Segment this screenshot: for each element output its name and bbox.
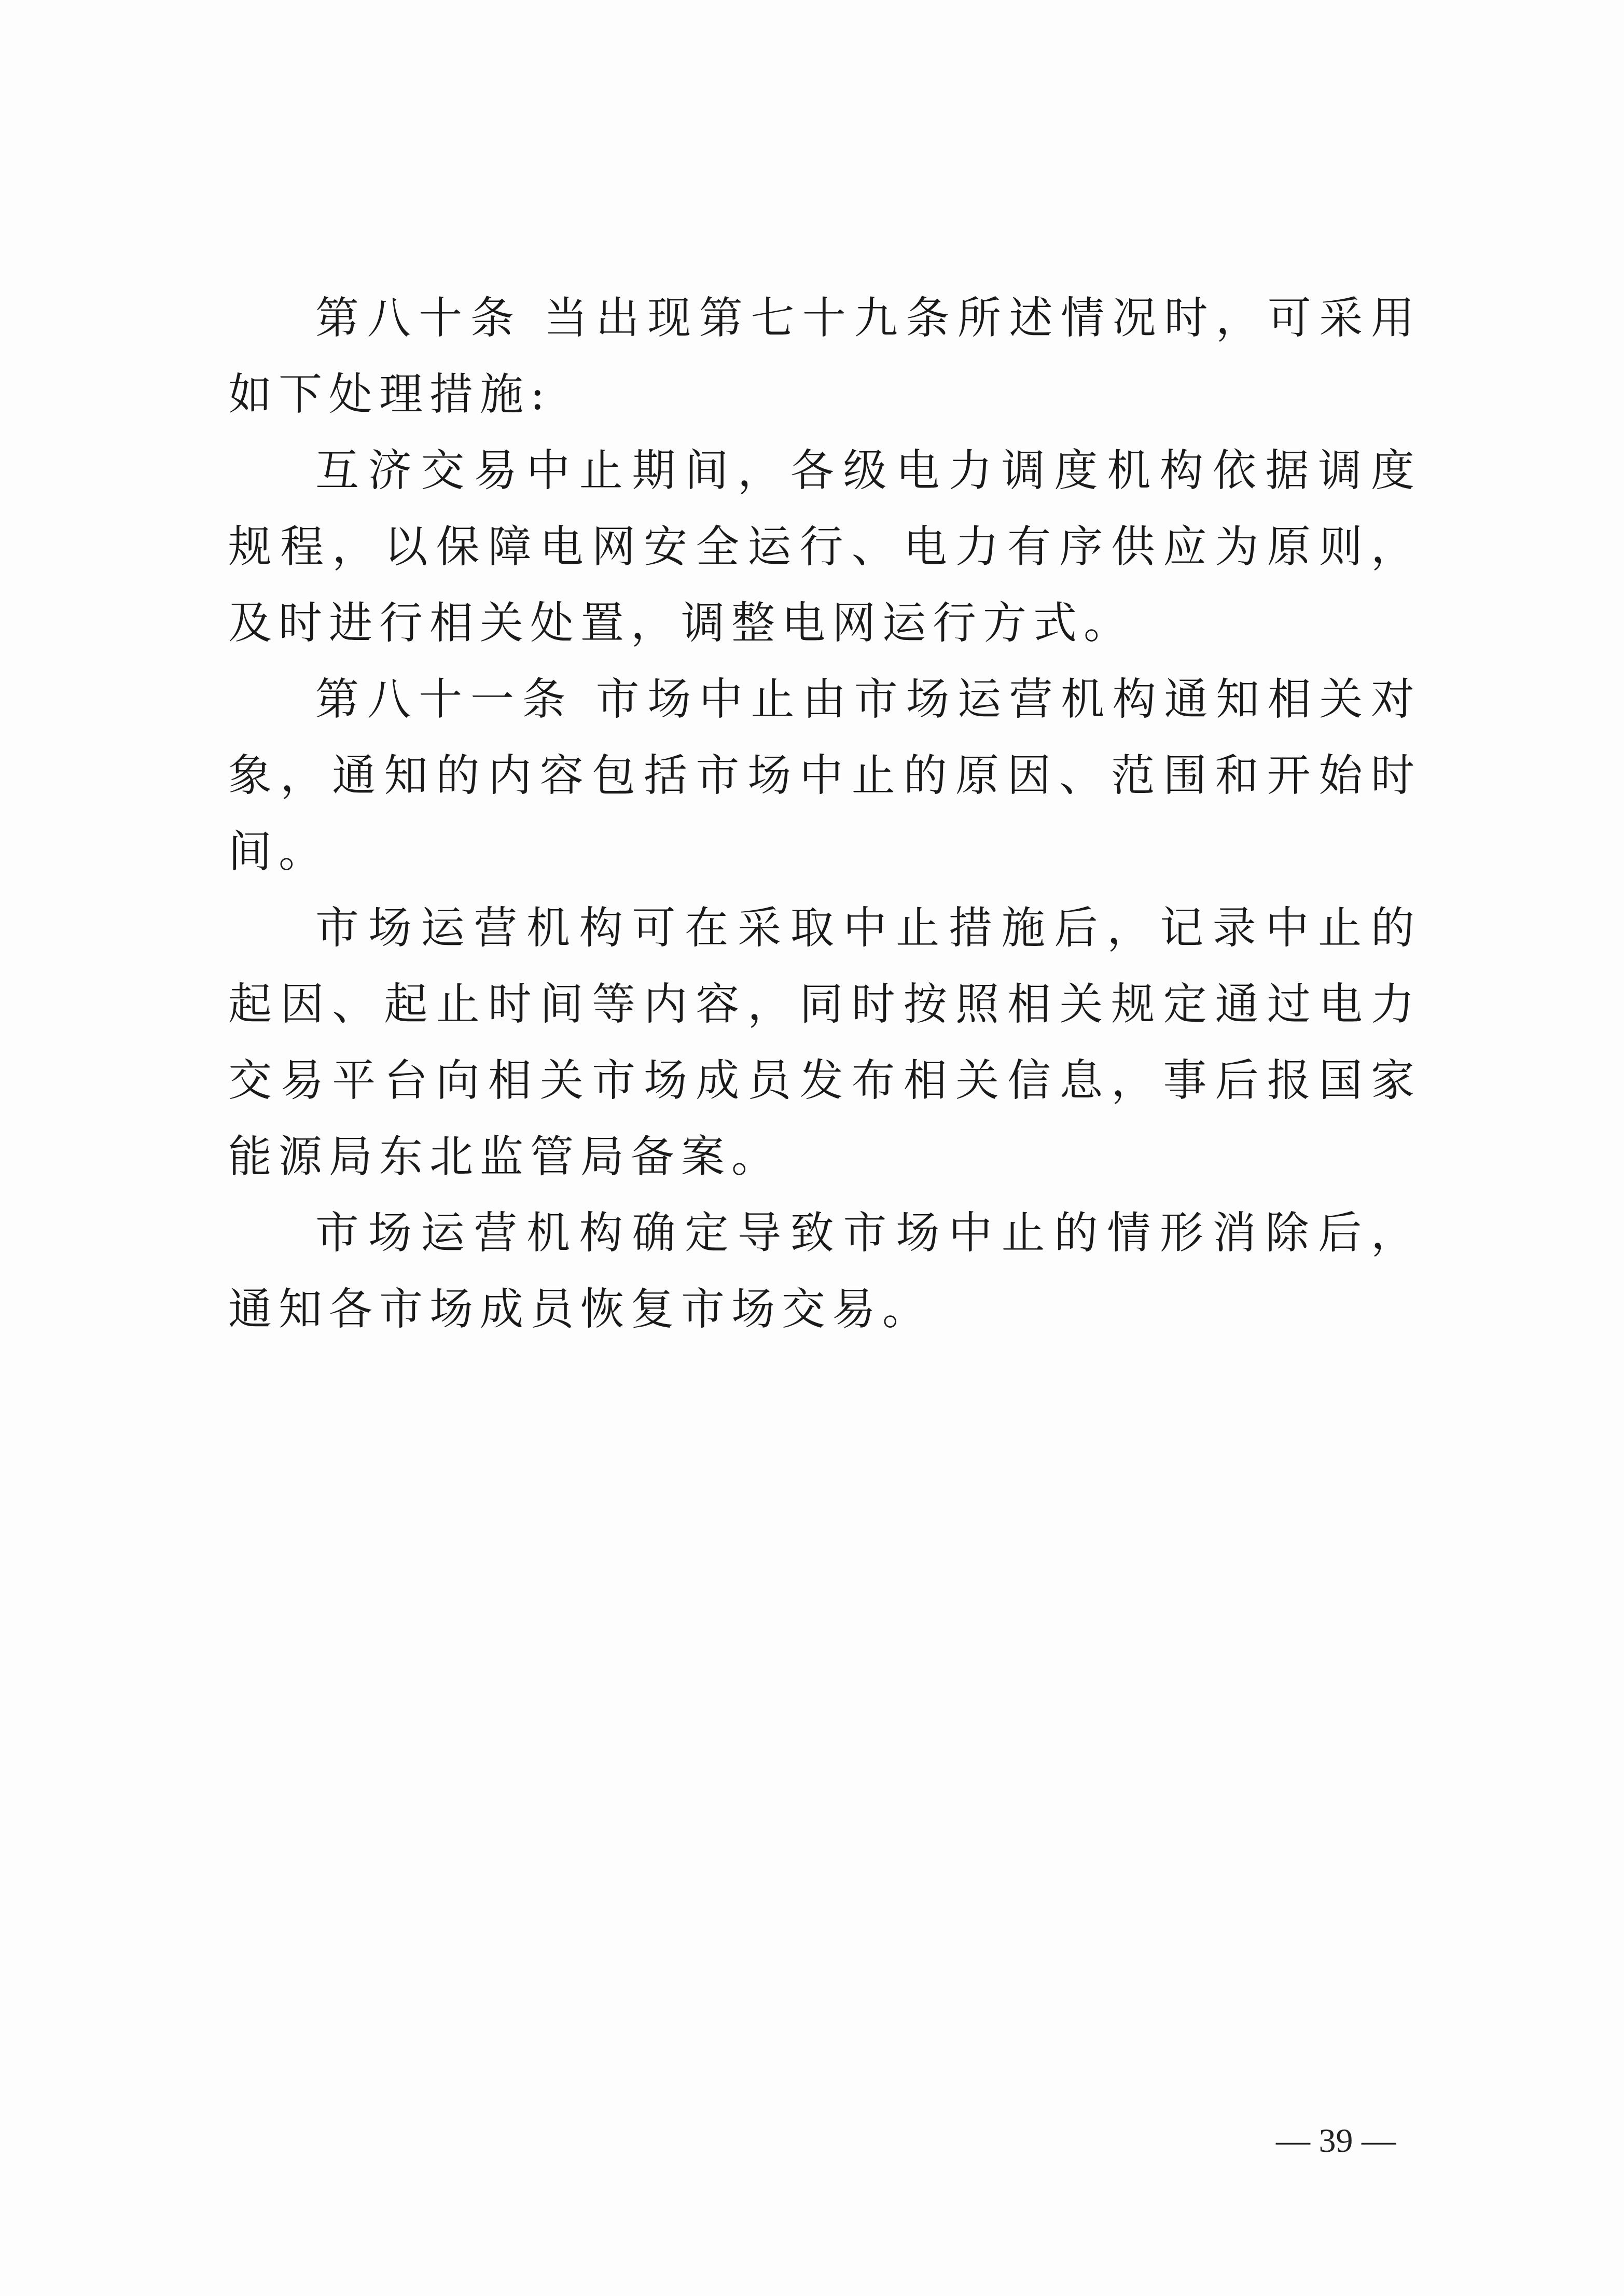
document-body: 第八十条 当出现第七十九条所述情况时，可采用如下处理措施: 互济交易中止期间，各…	[228, 280, 1421, 1347]
article-80-paragraph: 第八十条 当出现第七十九条所述情况时，可采用如下处理措施:	[228, 280, 1421, 433]
article-81-resume-paragraph: 市场运营机构确定导致市场中止的情形消除后，通知各市场成员恢复市场交易。	[228, 1195, 1421, 1347]
article-81-record-paragraph: 市场运营机构可在采取中止措施后，记录中止的起因、起止时间等内容，同时按照相关规定…	[228, 890, 1421, 1195]
article-80-detail-paragraph: 互济交易中止期间，各级电力调度机构依据调度规程，以保障电网安全运行、电力有序供应…	[228, 433, 1421, 661]
article-81-paragraph: 第八十一条 市场中止由市场运营机构通知相关对象，通知的内容包括市场中止的原因、范…	[228, 661, 1421, 890]
page-number: — 39 —	[1276, 2121, 1396, 2161]
